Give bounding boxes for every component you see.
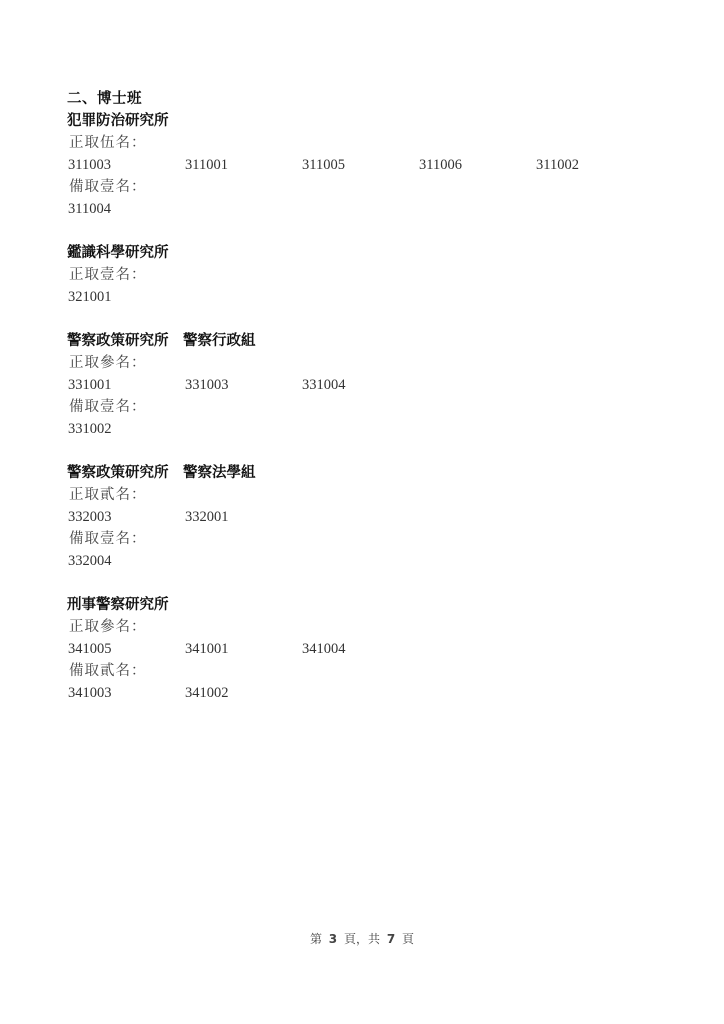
candidate-id: 332004 [67,550,184,572]
candidate-id: 311005 [301,154,418,176]
department-section: 刑事警察研究所 正取參名： 341005 341001 341004 備取貳名：… [67,594,667,704]
waitlist-label: 備取壹名： [67,528,667,550]
waitlist-label: 備取貳名： [67,660,667,682]
department-section: 警察政策研究所 警察行政組 正取參名： 331001 331003 331004… [67,330,667,440]
candidate-id: 311003 [67,154,184,176]
admitted-list: 321001 [67,286,667,308]
candidate-id: 311004 [67,198,184,220]
waitlist-list: 331002 [67,418,667,440]
footer-suffix: 頁 [402,932,414,946]
page-number: 3 [329,932,337,946]
waitlist-label: 備取壹名： [67,176,667,198]
waitlist-list: 311004 [67,198,667,220]
department-title: 警察政策研究所 警察行政組 [67,330,667,352]
candidate-id: 331001 [67,374,184,396]
waitlist-list: 332004 [67,550,667,572]
candidate-id: 321001 [67,286,184,308]
page-footer: 第 3 頁，共 7 頁 [0,930,724,947]
admitted-list: 331001 331003 331004 [67,374,667,396]
footer-prefix: 第 [310,932,322,946]
candidate-id: 332003 [67,506,184,528]
department-title: 刑事警察研究所 [67,594,667,616]
admitted-label: 正取貳名： [67,484,667,506]
department-title: 鑑識科學研究所 [67,242,667,264]
candidate-id: 311006 [418,154,535,176]
admitted-list: 341005 341001 341004 [67,638,667,660]
admitted-label: 正取壹名： [67,264,667,286]
candidate-id: 341004 [301,638,418,660]
admitted-list: 311003 311001 311005 311006 311002 [67,154,667,176]
department-title: 犯罪防治研究所 [67,110,667,132]
department-title: 警察政策研究所 警察法學組 [67,462,667,484]
candidate-id: 332001 [184,506,301,528]
document-page: 二、博士班 犯罪防治研究所 正取伍名： 311003 311001 311005… [67,88,667,704]
total-pages: 7 [387,932,395,946]
footer-middle: 頁，共 [344,932,380,946]
waitlist-list: 341003 341002 [67,682,667,704]
candidate-id: 341003 [67,682,184,704]
admitted-label: 正取參名： [67,352,667,374]
admitted-label: 正取伍名： [67,132,667,154]
candidate-id: 311001 [184,154,301,176]
waitlist-label: 備取壹名： [67,396,667,418]
department-section: 鑑識科學研究所 正取壹名： 321001 [67,242,667,308]
candidate-id: 341005 [67,638,184,660]
admitted-list: 332003 332001 [67,506,667,528]
department-section: 警察政策研究所 警察法學組 正取貳名： 332003 332001 備取壹名： … [67,462,667,572]
candidate-id: 341001 [184,638,301,660]
candidate-id: 341002 [184,682,301,704]
section-heading: 二、博士班 [67,88,667,110]
candidate-id: 311002 [535,154,652,176]
candidate-id: 331002 [67,418,184,440]
admitted-label: 正取參名： [67,616,667,638]
candidate-id: 331003 [184,374,301,396]
department-section: 犯罪防治研究所 正取伍名： 311003 311001 311005 31100… [67,110,667,220]
candidate-id: 331004 [301,374,418,396]
